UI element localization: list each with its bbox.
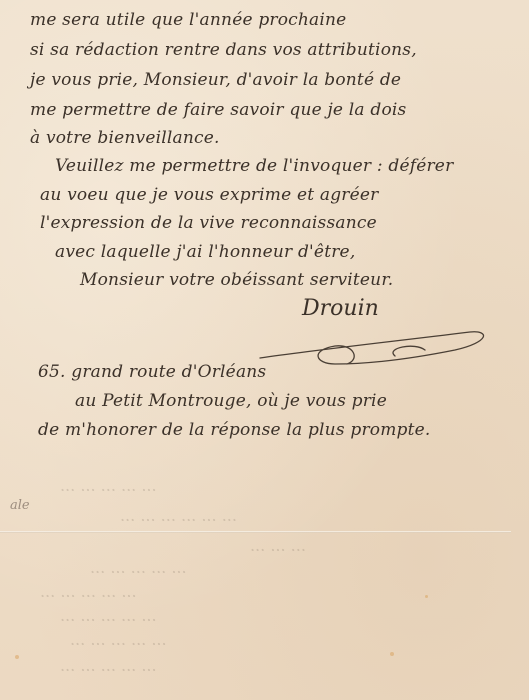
closing-line-1: Veuillez me permettre de l'invoquer : dé… — [55, 156, 453, 176]
closing-line-5: Monsieur votre obéissant serviteur. — [80, 270, 393, 290]
closing-line-4: avec laquelle j'ai l'honneur d'être, — [55, 242, 355, 262]
signature: Drouin — [302, 296, 379, 321]
address-line-3: de m'honorer de la réponse la plus promp… — [38, 420, 431, 440]
body-line-4: me permettre de faire savoir que je la d… — [30, 100, 406, 120]
address-line-2: au Petit Montrouge, où je vous prie — [75, 391, 387, 411]
closing-line-3: l'expression de la vive reconnaissance — [40, 213, 377, 233]
body-line-2: si sa rédaction rentre dans vos attribut… — [30, 40, 417, 60]
margin-note: ale — [10, 498, 30, 513]
bleed-through-line: ... ... ... ... ... — [90, 558, 187, 577]
address-line-1: 65. grand route d'Orléans — [38, 362, 266, 382]
bleed-through-line: ... ... ... ... ... — [60, 606, 157, 625]
closing-line-2: au voeu que je vous exprime et agréer — [40, 185, 378, 205]
bleed-through-line: ... ... ... ... ... — [60, 656, 157, 675]
foxing-spot — [425, 595, 428, 598]
paper-fold-line — [0, 531, 511, 533]
bleed-through-line: ... ... ... ... ... — [60, 476, 157, 495]
bleed-through-line: ... ... ... — [250, 536, 306, 555]
bleed-through-line: ... ... ... ... ... ... — [120, 506, 237, 525]
body-line-1: me sera utile que l'année prochaine — [30, 10, 346, 30]
foxing-spot — [390, 652, 394, 656]
signature-flourish-icon — [255, 320, 495, 380]
body-line-5: à votre bienveillance. — [30, 128, 220, 148]
letter-page: me sera utile que l'année prochaine si s… — [0, 0, 529, 700]
body-line-3: je vous prie, Monsieur, d'avoir la bonté… — [30, 70, 401, 90]
bleed-through-line: ... ... ... ... ... — [40, 582, 137, 601]
foxing-spot — [15, 655, 19, 659]
bleed-through-line: ... ... ... ... ... — [70, 630, 167, 649]
